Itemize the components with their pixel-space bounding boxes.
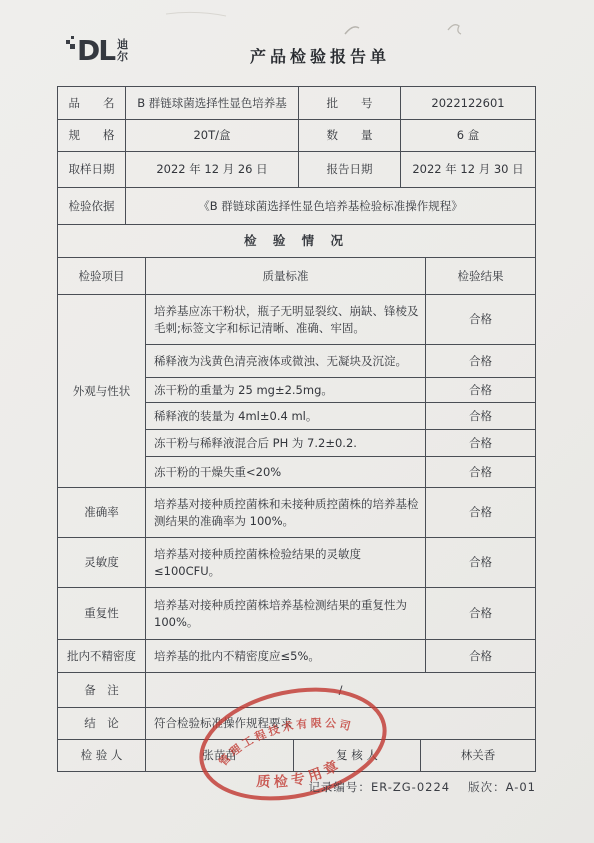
standard-text: 稀释液为浅黄色清亮液体或微浊、无凝块及沉淀。 (146, 345, 426, 378)
col-header-item: 检验项目 (58, 258, 146, 295)
sampling-date-label: 取样日期 (58, 152, 126, 188)
item-imprecision: 批内不精密度 (58, 640, 146, 673)
result-value: 合格 (426, 640, 536, 673)
standard-text: 培养基对接种质控菌株检验结果的灵敏度≤100CFU。 (146, 538, 426, 588)
spec-value: 20T/盒 (126, 120, 299, 152)
result-value: 合格 (426, 588, 536, 640)
product-name-label: 品 名 (58, 87, 126, 120)
basis-label: 检验依据 (58, 188, 126, 225)
remark-value: / (146, 673, 536, 708)
table-row: 重复性 培养基对接种质控菌株培养基检测结果的重复性为 100%。 合格 (58, 588, 536, 640)
basis-value: 《B 群链球菌选择性显色培养基检验标准操作规程》 (126, 188, 536, 225)
batch-no-value: 2022122601 (401, 87, 536, 120)
table-row: 准确率 培养基对接种质控菌株和未接种质控菌株的培养基检测结果的准确率为 100%… (58, 488, 536, 538)
record-no-value: ER-ZG-0224 (371, 780, 450, 794)
standard-text: 培养基应冻干粉状，瓶子无明显裂纹、崩缺、锋棱及毛刺;标签文字和标记清晰、准确、牢… (146, 295, 426, 345)
report-header: DL 迪 尔 产品检验报告单 (0, 30, 594, 82)
report-date-value: 2022 年 12 月 30 日 (401, 152, 536, 188)
spec-label: 规 格 (58, 120, 126, 152)
table-row: 检 验 人 张苗苗 复 核 人 林关香 (58, 740, 536, 772)
result-value: 合格 (426, 403, 536, 430)
standard-text: 冻干粉的重量为 25 mg±2.5mg。 (146, 378, 426, 403)
inspector-name: 张苗苗 (146, 740, 294, 772)
batch-no-label: 批 号 (299, 87, 401, 120)
result-value: 合格 (426, 488, 536, 538)
version-label: 版次： (468, 780, 506, 794)
report-date-label: 报告日期 (299, 152, 401, 188)
table-row: 检验项目 质量标准 检验结果 (58, 258, 536, 295)
standard-text: 培养基的批内不精密度应≤5%。 (146, 640, 426, 673)
quantity-label: 数 量 (299, 120, 401, 152)
standard-text: 稀释液的装量为 4ml±0.4 ml。 (146, 403, 426, 430)
conclusion-label: 结 论 (58, 708, 146, 740)
report-table: 品 名 B 群链球菌选择性显色培养基 批 号 2022122601 规 格 20… (57, 87, 535, 772)
table-row: 取样日期 2022 年 12 月 26 日 报告日期 2022 年 12 月 3… (58, 152, 536, 188)
remark-label: 备 注 (58, 673, 146, 708)
item-sensitivity: 灵敏度 (58, 538, 146, 588)
table-row: 批内不精密度 培养基的批内不精密度应≤5%。 合格 (58, 640, 536, 673)
reviewer-label: 复 核 人 (294, 740, 421, 772)
table-row: 检 验 情 况 (58, 225, 536, 258)
table-row: 规 格 20T/盒 数 量 6 盒 (58, 120, 536, 152)
quantity-value: 6 盒 (401, 120, 536, 152)
col-header-result: 检验结果 (426, 258, 536, 295)
table-row: 品 名 B 群链球菌选择性显色培养基 批 号 2022122601 (58, 87, 536, 120)
table-row: 灵敏度 培养基对接种质控菌株检验结果的灵敏度≤100CFU。 合格 (58, 538, 536, 588)
standard-text: 培养基对接种质控菌株培养基检测结果的重复性为 100%。 (146, 588, 426, 640)
item-repeatability: 重复性 (58, 588, 146, 640)
table-row: 外观与性状 培养基应冻干粉状，瓶子无明显裂纹、崩缺、锋棱及毛刺;标签文字和标记清… (58, 295, 536, 345)
signature-table: 检 验 人 张苗苗 复 核 人 林关香 (57, 739, 536, 772)
standard-text: 冻干粉与稀释液混合后 PH 为 7.2±0.2. (146, 430, 426, 457)
col-header-standard: 质量标准 (146, 258, 426, 295)
product-name-value: B 群链球菌选择性显色培养基 (126, 87, 299, 120)
reviewer-name: 林关香 (421, 740, 536, 772)
inspector-label: 检 验 人 (58, 740, 146, 772)
standard-text: 培养基对接种质控菌株和未接种质控菌株的培养基检测结果的准确率为 100%。 (146, 488, 426, 538)
version-value: A-01 (506, 780, 536, 794)
result-value: 合格 (426, 295, 536, 345)
sampling-date-value: 2022 年 12 月 26 日 (126, 152, 299, 188)
table-row: 检验依据 《B 群链球菌选择性显色培养基检验标准操作规程》 (58, 188, 536, 225)
result-value: 合格 (426, 378, 536, 403)
info-table: 品 名 B 群链球菌选择性显色培养基 批 号 2022122601 规 格 20… (57, 86, 536, 225)
item-accuracy: 准确率 (58, 488, 146, 538)
conclusion-value: 符合检验标准操作规程要求 (146, 708, 536, 740)
table-row: 结 论 符合检验标准操作规程要求 (58, 708, 536, 740)
result-value: 合格 (426, 345, 536, 378)
standard-text: 冻干粉的干燥失重<20% (146, 457, 426, 488)
result-value: 合格 (426, 457, 536, 488)
section-title: 检 验 情 况 (58, 225, 536, 258)
table-row: 备 注 / (58, 673, 536, 708)
page-title: 产品检验报告单 (0, 44, 594, 67)
result-value: 合格 (426, 538, 536, 588)
result-value: 合格 (426, 430, 536, 457)
record-no-label: 记录编号： (308, 780, 371, 794)
item-appearance: 外观与性状 (58, 295, 146, 488)
inspection-table: 检 验 情 况 检验项目 质量标准 检验结果 外观与性状 培养基应冻干粉状，瓶子… (57, 224, 536, 740)
inspection-report-page: DL 迪 尔 产品检验报告单 品 名 B 群链球菌选择性显色培养基 批 号 20… (0, 0, 594, 843)
footer-record-info: 记录编号：ER-ZG-0224版次：A-01 (0, 779, 536, 795)
